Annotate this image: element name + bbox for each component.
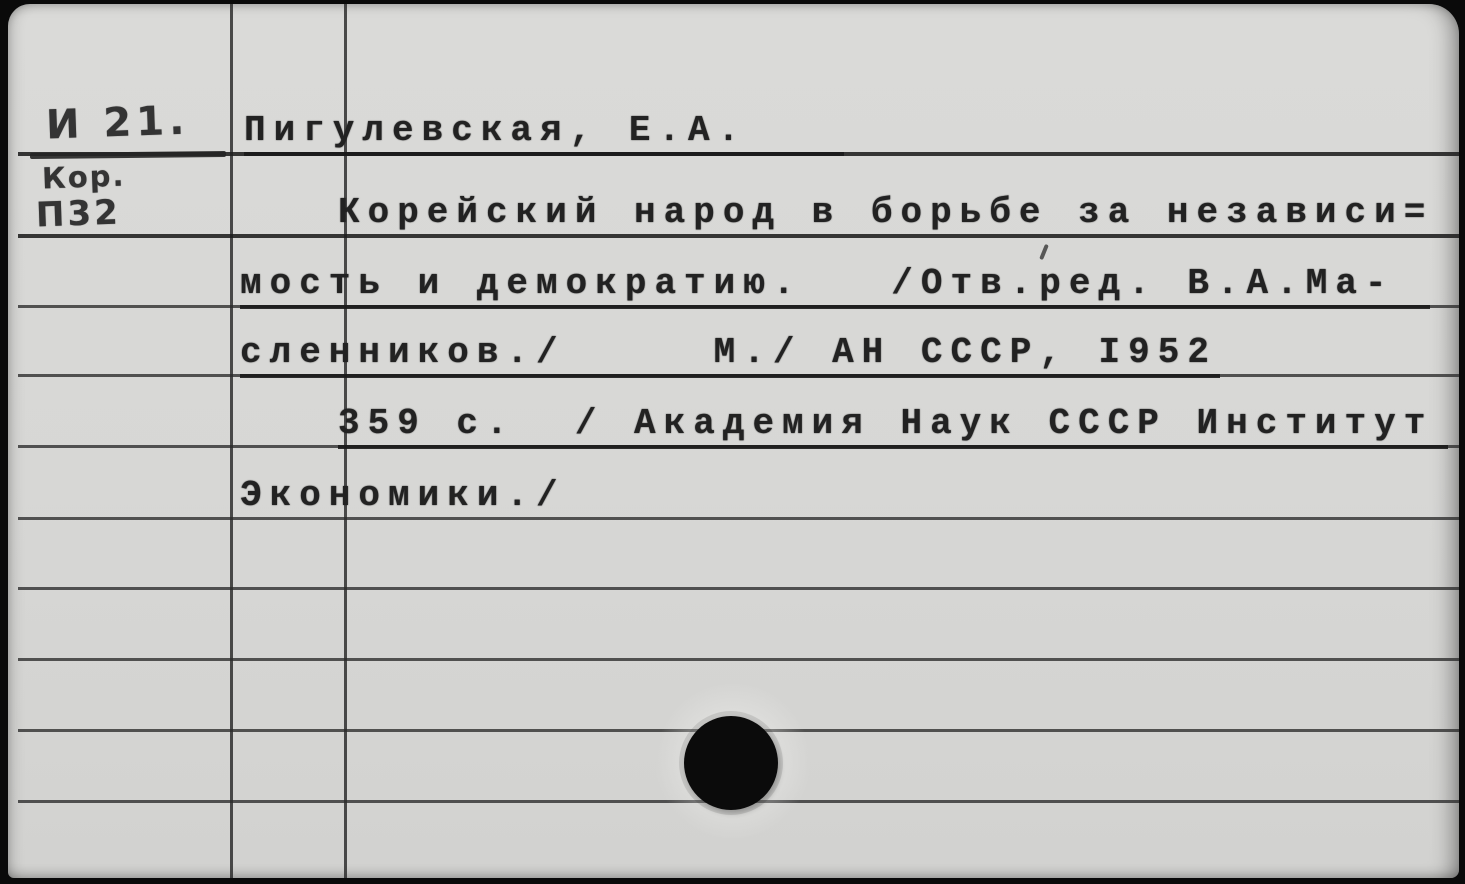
call-number-collection: Кор. xyxy=(41,159,126,196)
title-line-1: Корейский народ в борьбе за независи= xyxy=(338,190,1433,236)
scan-background: И 21. Кор. П32 Пигулевская, Е.А. Корейск… xyxy=(0,0,1465,884)
rule-line xyxy=(18,658,1459,661)
catalog-card: И 21. Кор. П32 Пигулевская, Е.А. Корейск… xyxy=(8,4,1459,878)
title-line-2: мость и демократию. /Отв.ред. В.А.Ма- xyxy=(240,261,1395,307)
rule-line xyxy=(18,517,1459,520)
call-number-cutter: П32 xyxy=(35,193,121,236)
pencil-underline xyxy=(30,151,226,159)
pencil-tick-mark xyxy=(1039,244,1049,260)
author-line: Пигулевская, Е.А. xyxy=(244,108,747,154)
rule-line xyxy=(18,587,1459,590)
call-number-top: И 21. xyxy=(45,98,190,149)
title-line-3: сленников./ М./ АН СССР, I952 xyxy=(240,330,1217,376)
imprint-line-1: 359 с. / Академия Наук СССР Институт xyxy=(338,401,1433,447)
vertical-rule-left xyxy=(230,4,233,878)
punch-hole xyxy=(684,716,778,810)
imprint-line-2: Экономики./ xyxy=(240,473,566,519)
